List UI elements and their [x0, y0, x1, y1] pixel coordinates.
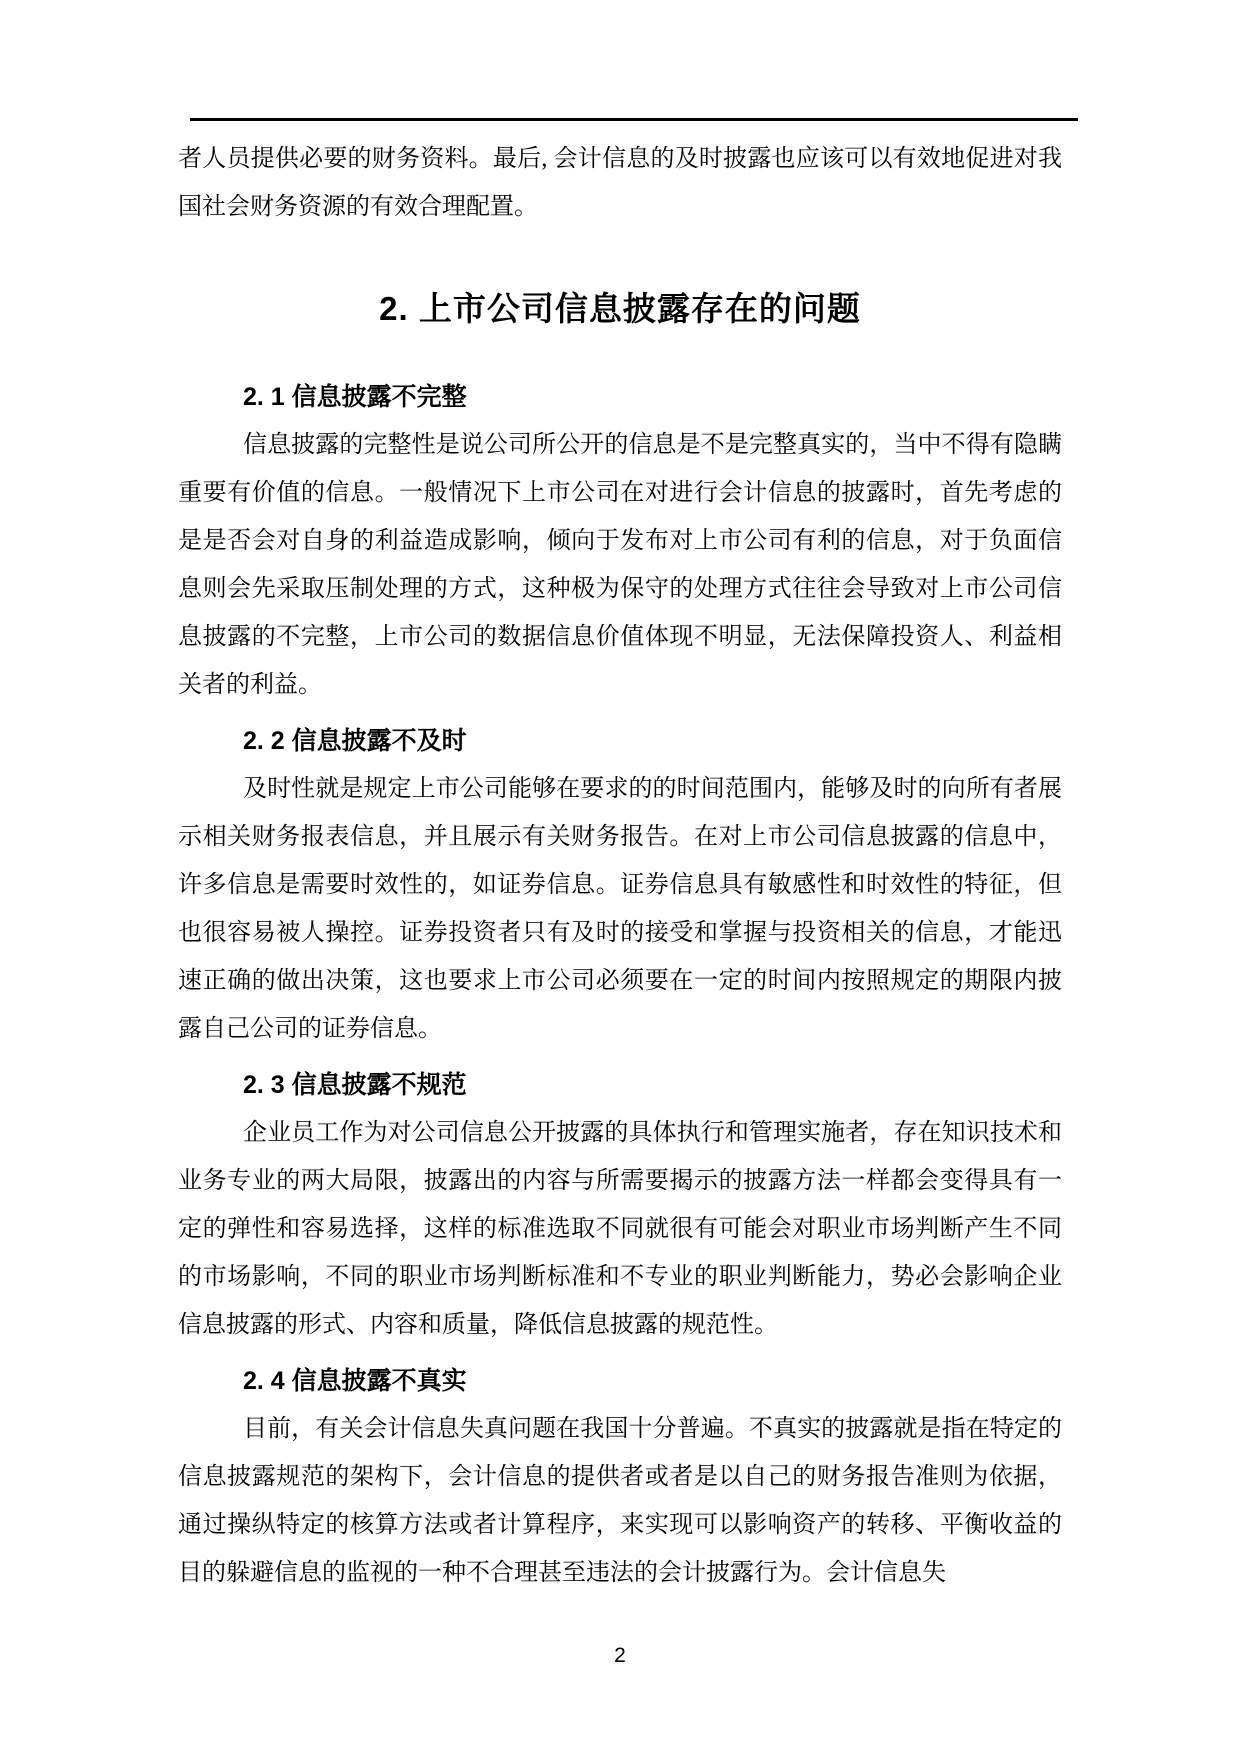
continuation-paragraph: 者人员提供必要的财务资料。最后, 会计信息的及时披露也应该可以有效地促进对我国社… — [178, 135, 1062, 231]
page-content: 者人员提供必要的财务资料。最后, 会计信息的及时披露也应该可以有效地促进对我国社… — [0, 118, 1240, 1597]
subsection-heading-2-2: 2. 2 信息披露不及时 — [178, 717, 1062, 765]
subsection-paragraph-2-1: 信息披露的完整性是说公司所公开的信息是不是完整真实的，当中不得有隐瞒重要有价值的… — [178, 421, 1062, 709]
subsection-heading-2-1: 2. 1 信息披露不完整 — [178, 373, 1062, 421]
header-rule — [190, 118, 1078, 121]
subsection-paragraph-2-4: 目前，有关会计信息失真问题在我国十分普遍。不真实的披露就是指在特定的信息披露规范… — [178, 1405, 1062, 1597]
chapter-heading: 2. 上市公司信息披露存在的问题 — [178, 283, 1062, 335]
subsection-heading-2-3: 2. 3 信息披露不规范 — [178, 1061, 1062, 1109]
subsection-heading-2-4: 2. 4 信息披露不真实 — [178, 1357, 1062, 1405]
subsection-paragraph-2-2: 及时性就是规定上市公司能够在要求的的时间范围内，能够及时的向所有者展示相关财务报… — [178, 765, 1062, 1053]
document-page: 者人员提供必要的财务资料。最后, 会计信息的及时披露也应该可以有效地促进对我国社… — [0, 0, 1240, 1754]
subsection-paragraph-2-3: 企业员工作为对公司信息公开披露的具体执行和管理实施者，存在知识技术和业务专业的两… — [178, 1109, 1062, 1349]
page-number: 2 — [0, 1644, 1240, 1668]
